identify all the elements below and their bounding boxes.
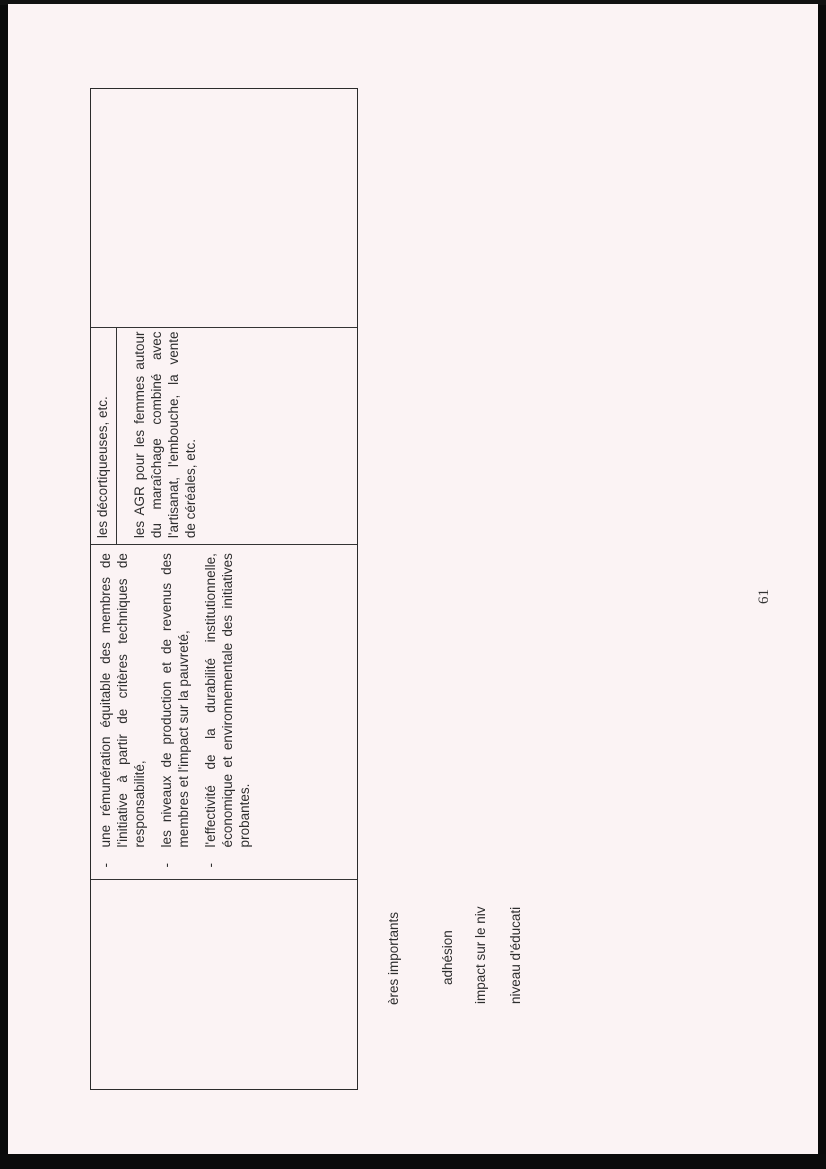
page-number: 61 [756,589,773,604]
fragment-text: niveau d'éducati [508,907,523,1004]
continued-text: les décortiqueuses, etc. [91,328,117,545]
list-item: - une rémunération équitable des membres… [97,553,148,869]
bullet-dash: - [97,847,148,869]
activities-text: les AGR pour les femmes autour du maraîc… [131,332,199,539]
bullet-text: les niveaux de production et de revenus … [158,553,192,847]
fragment-text: ères importants [386,912,401,1005]
bullet-text: une rémunération équitable des membres d… [97,553,148,847]
list-item: - les niveaux de production et de revenu… [158,553,192,869]
bullet-text: l'effectivité de la durabilité instituti… [202,553,253,847]
bullet-dash: - [202,847,253,869]
fragment-text: impact sur le niv [473,906,488,1004]
table-cell-activities: les décortiqueuses, etc. les AGR pour le… [91,327,357,545]
table-cell-criteria: - une rémunération équitable des membres… [91,544,357,879]
scan-border-bottom [0,1154,826,1169]
fragment-text: adhésion [440,930,455,985]
table-cell-empty-right [91,89,357,327]
bullet-dash: - [158,847,192,869]
evaluation-table: - une rémunération équitable des membres… [90,88,358,1090]
table-cell-empty-left [91,879,357,1089]
list-item: - l'effectivité de la durabilité institu… [202,553,253,869]
